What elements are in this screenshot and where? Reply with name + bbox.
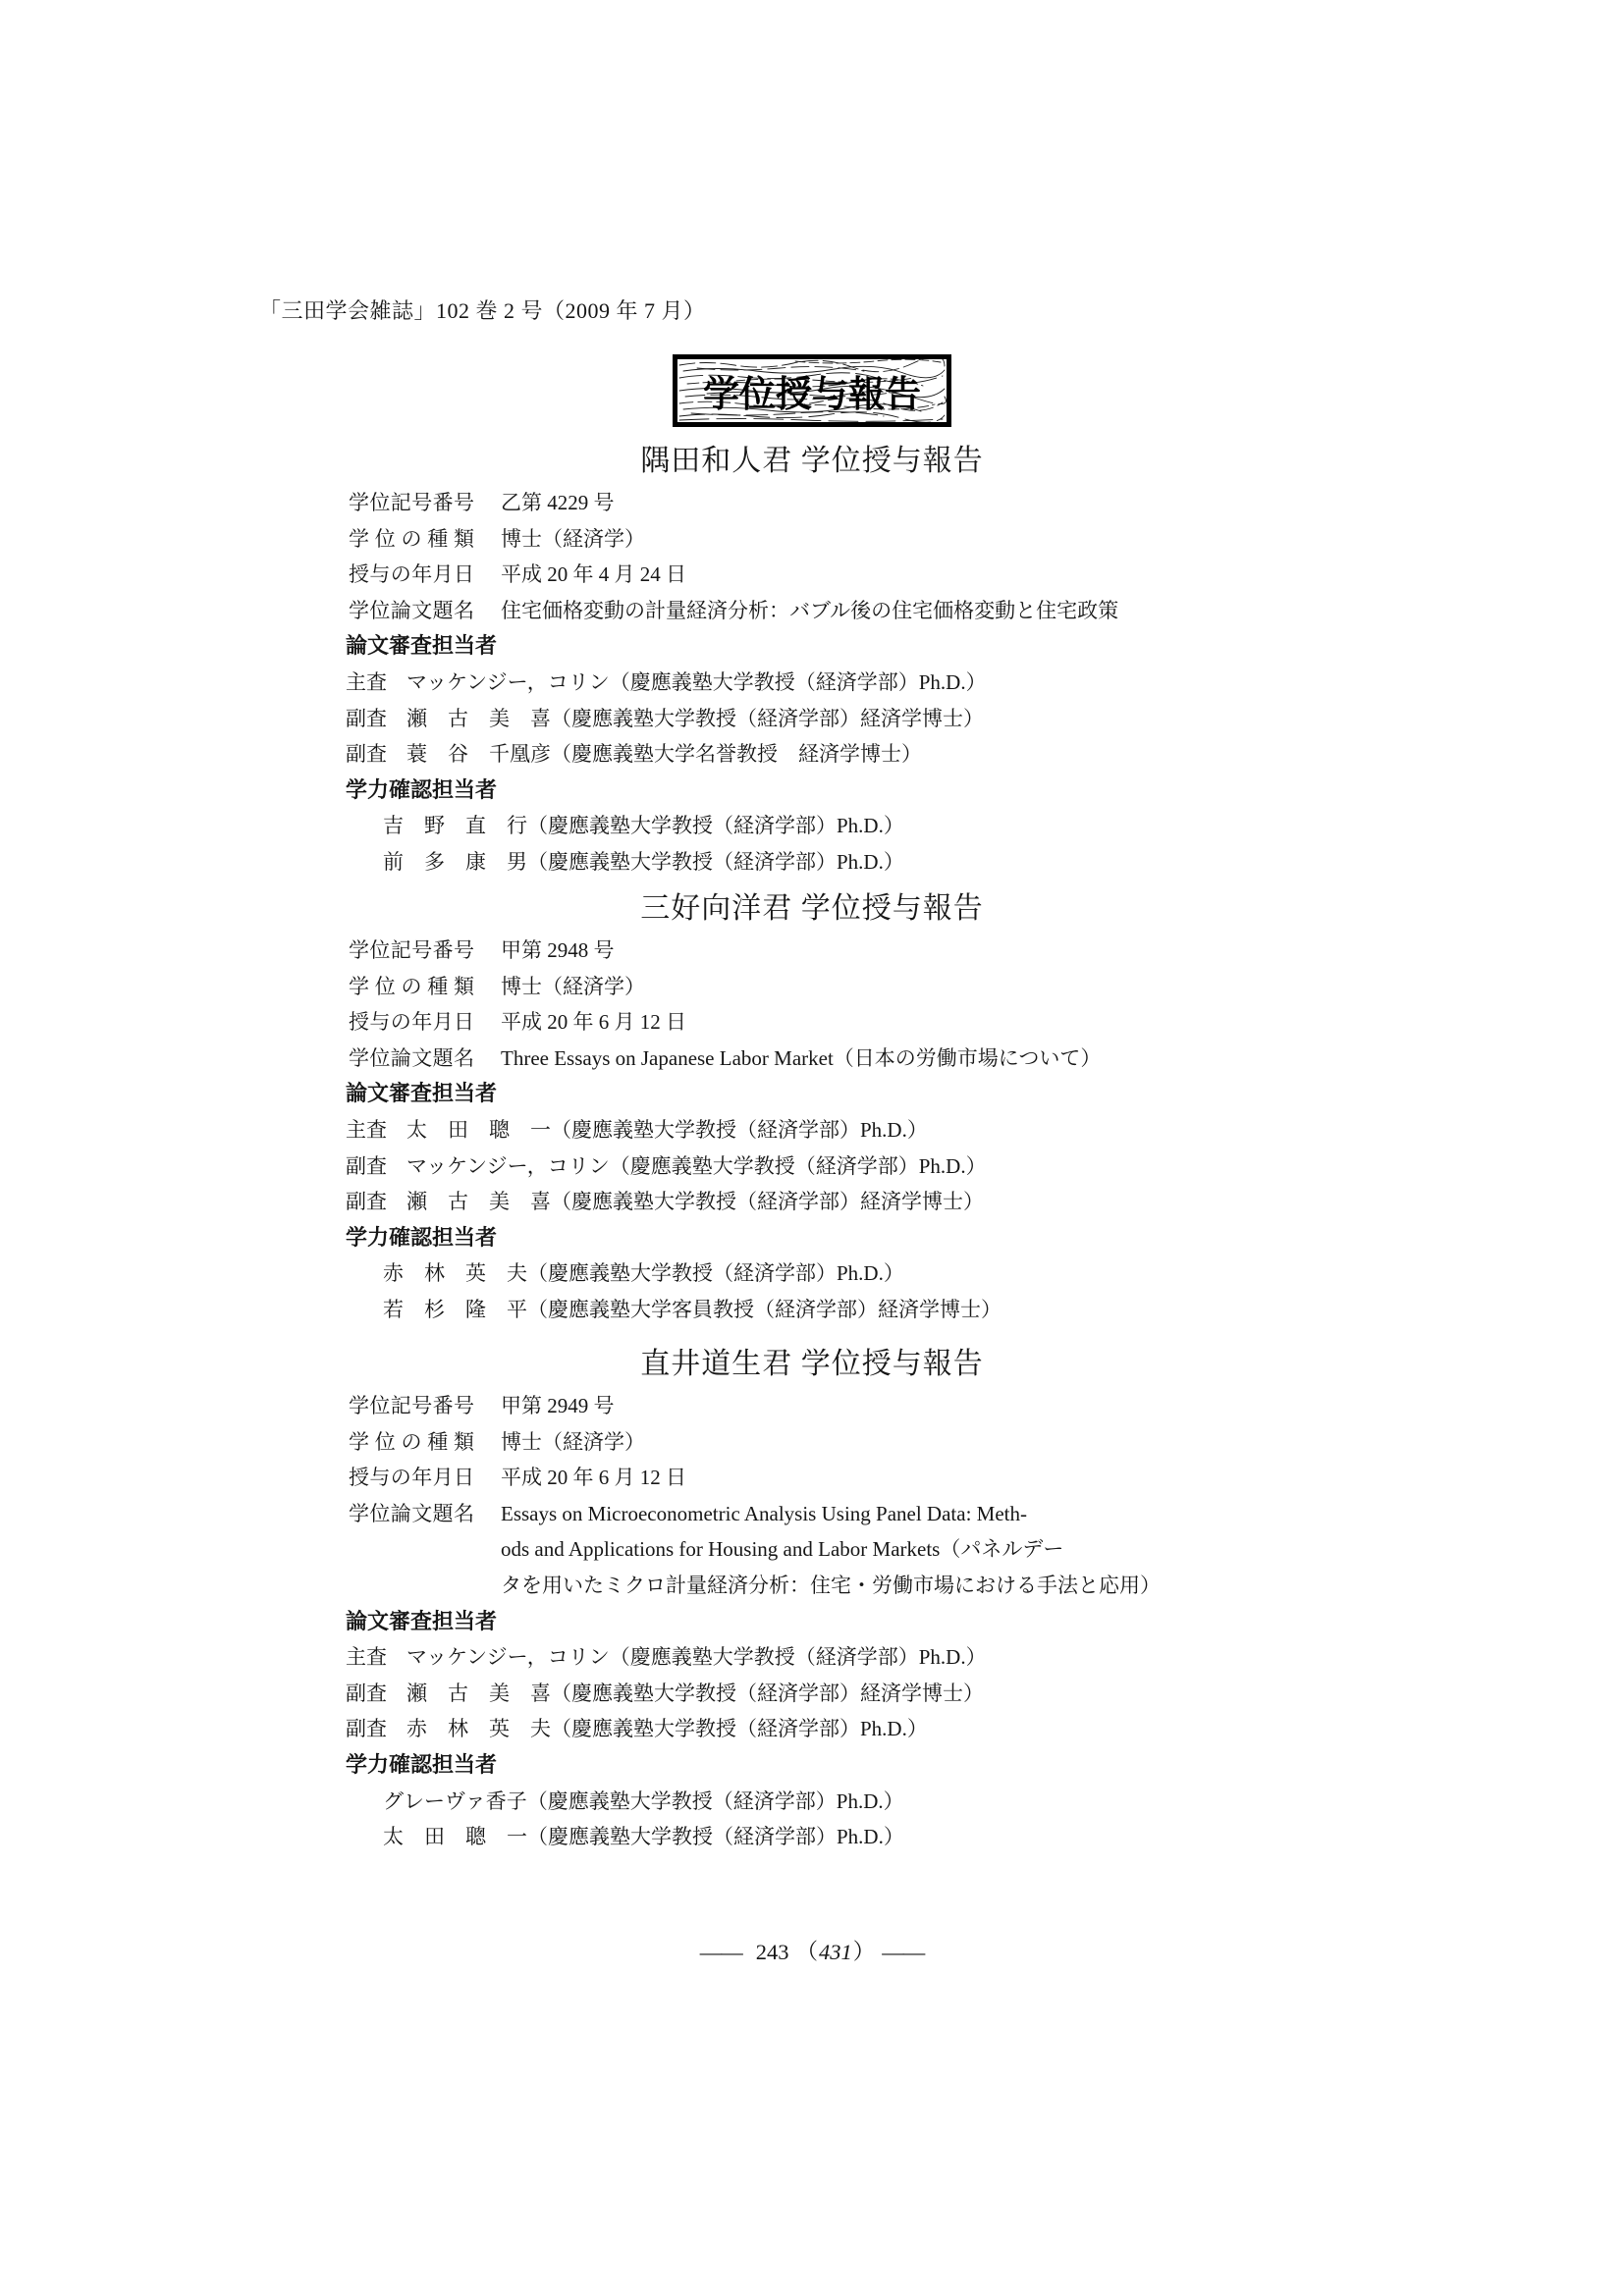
footer-original-page: 431 [819,1940,852,1964]
field-value: Three Essays on Japanese Labor Market（日本… [501,1041,1101,1077]
examiner-row: 副査マッケンジー，コリン（慶應義塾大学教授（経済学部）Ph.D.） [0,1148,1624,1185]
field-row: 学位論文題名 Essays on Microeconometric Analys… [0,1496,1624,1604]
confirmer-row: 吉 野 直 行（慶應義塾大学教授（経済学部）Ph.D.） [0,808,1624,844]
field-value: 甲第 2948 号 [501,933,615,969]
examiner-text: 瀬 古 美 喜（慶應義塾大学教授（経済学部）経済学博士） [406,707,984,730]
field-row: 学位記号番号 甲第 2948 号 [0,933,1624,969]
field-value: 乙第 4229 号 [501,485,615,521]
examiner-row: 副査瀬 古 美 喜（慶應義塾大学教授（経済学部）経済学博士） [0,1184,1624,1220]
confirmer-row: 若 杉 隆 平（慶應義塾大学客員教授（経済学部）経済学博士） [0,1292,1624,1328]
examiner-text: マッケンジー，コリン（慶應義塾大学教授（経済学部）Ph.D.） [406,1154,987,1178]
field-label: 学位の種類 [349,969,474,1005]
confirmer-row: 太 田 聰 一（慶應義塾大学教授（経済学部）Ph.D.） [0,1819,1624,1855]
confirm-heading: 学力確認担当者 [0,1747,1624,1784]
journal-header: 「三田学会雑誌」102 巻 2 号（2009 年 7 月） [259,294,706,325]
field-row: 学位記号番号 甲第 2949 号 [0,1388,1624,1424]
banner-title: 学位授与報告 [703,364,921,417]
field-row: 授与の年月日 平成 20 年 6 月 12 日 [0,1460,1624,1496]
examiner-text: 蓑 谷 千凰彦（慶應義塾大学名誉教授 経済学博士） [406,742,922,766]
field-value: 博士（経済学） [501,969,645,1005]
field-row: 学位論文題名 住宅価格変動の計量経済分析：バブル後の住宅価格変動と住宅政策 [0,593,1624,629]
footer-paren-close: ） [853,1940,876,1964]
thesis-title-line: Essays on Microeconometric Analysis Usin… [501,1496,1161,1532]
report-body: 学位記号番号 甲第 2948 号 学位の種類 博士（経済学） 授与の年月日 平成… [0,933,1624,1328]
field-row: 授与の年月日 平成 20 年 6 月 12 日 [0,1004,1624,1041]
review-heading: 論文審査担当者 [0,628,1624,665]
field-label: 学位の種類 [349,521,474,558]
field-row: 学位の種類 博士（経済学） [0,969,1624,1005]
thesis-title-line: ods and Applications for Housing and Lab… [501,1531,1161,1568]
thesis-title-line: タを用いたミクロ計量経済分析：住宅・労働市場における手法と応用） [501,1568,1161,1604]
field-value: 博士（経済学） [501,1424,645,1461]
report-title: 直井道生君 学位授与報告 [0,1345,1624,1388]
confirmer-row: 赤 林 英 夫（慶應義塾大学教授（経済学部）Ph.D.） [0,1255,1624,1292]
review-heading: 論文審査担当者 [0,1604,1624,1640]
field-label: 学位記号番号 [349,933,474,969]
field-row: 学位の種類 博士（経済学） [0,521,1624,558]
field-label: 学位論文題名 [349,1496,474,1532]
field-label: 学位記号番号 [349,1388,474,1424]
field-row: 学位記号番号 乙第 4229 号 [0,485,1624,521]
examiner-role: 主査 [346,1645,387,1669]
document-page: 「三田学会雑誌」102 巻 2 号（2009 年 7 月） [0,0,1624,2296]
examiner-role: 副査 [346,742,387,766]
field-row: 学位の種類 博士（経済学） [0,1424,1624,1461]
examiner-row: 副査赤 林 英 夫（慶應義塾大学教授（経済学部）Ph.D.） [0,1711,1624,1747]
field-row: 学位論文題名 Three Essays on Japanese Labor Ma… [0,1041,1624,1077]
report-section-naoi: 直井道生君 学位授与報告 学位記号番号 甲第 2949 号 学位の種類 博士（経… [0,1345,1624,1855]
examiner-text: 瀬 古 美 喜（慶應義塾大学教授（経済学部）経済学博士） [406,1190,984,1213]
examiner-role: 主査 [346,670,387,694]
field-row: 授与の年月日 平成 20 年 4 月 24 日 [0,557,1624,593]
field-value: 住宅価格変動の計量経済分析：バブル後の住宅価格変動と住宅政策 [501,593,1118,629]
examiner-role: 副査 [346,1190,387,1213]
report-title: 三好向洋君 学位授与報告 [0,889,1624,933]
examiner-row: 副査瀬 古 美 喜（慶應義塾大学教授（経済学部）経済学博士） [0,701,1624,737]
examiner-text: 瀬 古 美 喜（慶應義塾大学教授（経済学部）経済学博士） [406,1682,984,1705]
footer-page-number: 243 [756,1940,789,1964]
field-label: 学位の種類 [349,1424,474,1461]
field-value: 平成 20 年 6 月 12 日 [501,1004,686,1041]
examiner-text: 太 田 聰 一（慶應義塾大学教授（経済学部）Ph.D.） [406,1118,928,1142]
field-value: 博士（経済学） [501,521,645,558]
report-title: 隅田和人君 学位授与報告 [0,442,1624,485]
examiner-role: 副査 [346,1682,387,1705]
examiner-row: 主査太 田 聰 一（慶應義塾大学教授（経済学部）Ph.D.） [0,1112,1624,1148]
examiner-row: 主査マッケンジー，コリン（慶應義塾大学教授（経済学部）Ph.D.） [0,665,1624,701]
examiner-role: 主査 [346,1118,387,1142]
field-label: 授与の年月日 [349,1004,474,1041]
field-value-multiline: Essays on Microeconometric Analysis Usin… [501,1496,1161,1604]
examiner-row: 副査蓑 谷 千凰彦（慶應義塾大学名誉教授 経済学博士） [0,736,1624,773]
examiner-text: マッケンジー，コリン（慶應義塾大学教授（経済学部）Ph.D.） [406,670,987,694]
page-footer: ——243（431）—— [0,1936,1624,1969]
confirmer-row: 前 多 康 男（慶應義塾大学教授（経済学部）Ph.D.） [0,844,1624,881]
report-section-miyoshi: 三好向洋君 学位授与報告 学位記号番号 甲第 2948 号 学位の種類 博士（経… [0,889,1624,1328]
field-label: 学位論文題名 [349,1041,474,1077]
confirm-heading: 学力確認担当者 [0,773,1624,809]
field-label: 学位記号番号 [349,485,474,521]
examiner-row: 主査マッケンジー，コリン（慶應義塾大学教授（経済学部）Ph.D.） [0,1639,1624,1676]
report-body: 学位記号番号 甲第 2949 号 学位の種類 博士（経済学） 授与の年月日 平成… [0,1388,1624,1855]
footer-dash-left: —— [700,1940,742,1964]
report-section-sumida: 隅田和人君 学位授与報告 学位記号番号 乙第 4229 号 学位の種類 博士（経… [0,442,1624,881]
degree-banner: 学位授与報告 [673,354,951,427]
examiner-role: 副査 [346,1154,387,1178]
footer-dash-right: —— [882,1940,924,1964]
field-label: 授与の年月日 [349,557,474,593]
field-label: 授与の年月日 [349,1460,474,1496]
footer-paren-open: （ [795,1940,818,1964]
field-value: 甲第 2949 号 [501,1388,615,1424]
examiner-role: 副査 [346,707,387,730]
review-heading: 論文審査担当者 [0,1076,1624,1112]
field-value: 平成 20 年 4 月 24 日 [501,557,686,593]
field-value: 平成 20 年 6 月 12 日 [501,1460,686,1496]
examiner-text: マッケンジー，コリン（慶應義塾大学教授（経済学部）Ph.D.） [406,1645,987,1669]
confirm-heading: 学力確認担当者 [0,1220,1624,1256]
report-body: 学位記号番号 乙第 4229 号 学位の種類 博士（経済学） 授与の年月日 平成… [0,485,1624,881]
confirmer-row: グレーヴァ香子（慶應義塾大学教授（経済学部）Ph.D.） [0,1784,1624,1820]
examiner-text: 赤 林 英 夫（慶應義塾大学教授（経済学部）Ph.D.） [406,1717,928,1740]
examiner-row: 副査瀬 古 美 喜（慶應義塾大学教授（経済学部）経済学博士） [0,1676,1624,1712]
field-label: 学位論文題名 [349,593,474,629]
examiner-role: 副査 [346,1717,387,1740]
